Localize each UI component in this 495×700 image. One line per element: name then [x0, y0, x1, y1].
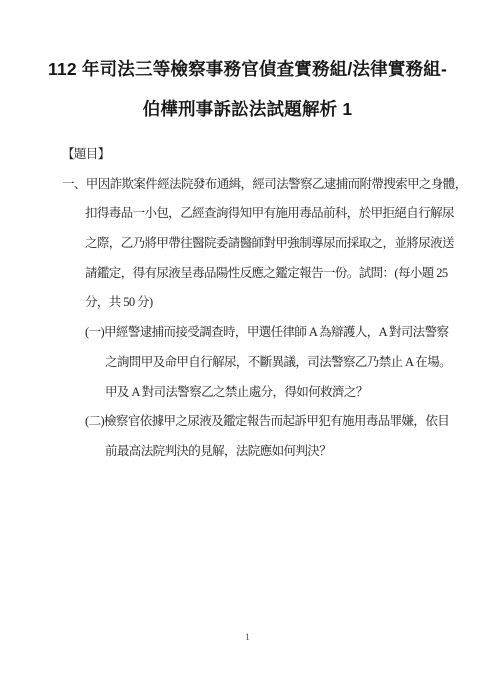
question-line: 扣得毒品一小包，乙經查詢得知甲有施用毒品前科，於甲拒絕自行解尿 [0, 199, 495, 229]
question-line: 之際，乙乃將甲帶往醫院委請醫師對甲強制導尿而採取之，並將尿液送 [0, 229, 495, 259]
question-line: 一、甲因詐欺案件經法院發布通緝，經司法警察乙逮捕而附帶搜索甲之身體， [0, 170, 495, 200]
question-line: 甲及 A 對司法警察乙之禁止處分，得如何救濟之？ [0, 378, 495, 408]
document-title-line-1: 112 年司法三等檢察事務官偵查實務組/法律實務組- [0, 49, 495, 89]
page-number: 1 [0, 633, 495, 643]
question-line: 之詢問甲及命甲自行解尿，不斷異議，司法警察乙乃禁止 A 在場。 [0, 348, 495, 378]
question-line: 分，共 50 分) [0, 288, 495, 318]
question-line: (二)檢察官依據甲之尿液及鑑定報告而起訴甲犯有施用毒品罪嫌，依目 [0, 407, 495, 437]
question-line: 請鑑定，得有尿液呈毒品陽性反應之鑑定報告一份。試問：(每小題 25 [0, 259, 495, 289]
question-line: (一)甲經警逮捕而接受調查時，甲選任律師 A 為辯護人，A 對司法警察 [0, 318, 495, 348]
section-label: 【題目】 [0, 140, 495, 170]
document-page: 112 年司法三等檢察事務官偵查實務組/法律實務組- 伯樺刑事訴訟法試題解析 1… [0, 0, 495, 700]
document-title-line-2: 伯樺刑事訴訟法試題解析 1 [0, 89, 495, 129]
question-line: 前最高法院判決的見解，法院應如何判決？ [0, 437, 495, 467]
document-title: 112 年司法三等檢察事務官偵查實務組/法律實務組- 伯樺刑事訴訟法試題解析 1 [0, 49, 495, 129]
question-section: 【題目】 一、甲因詐欺案件經法院發布通緝，經司法警察乙逮捕而附帶搜索甲之身體， … [0, 140, 495, 467]
